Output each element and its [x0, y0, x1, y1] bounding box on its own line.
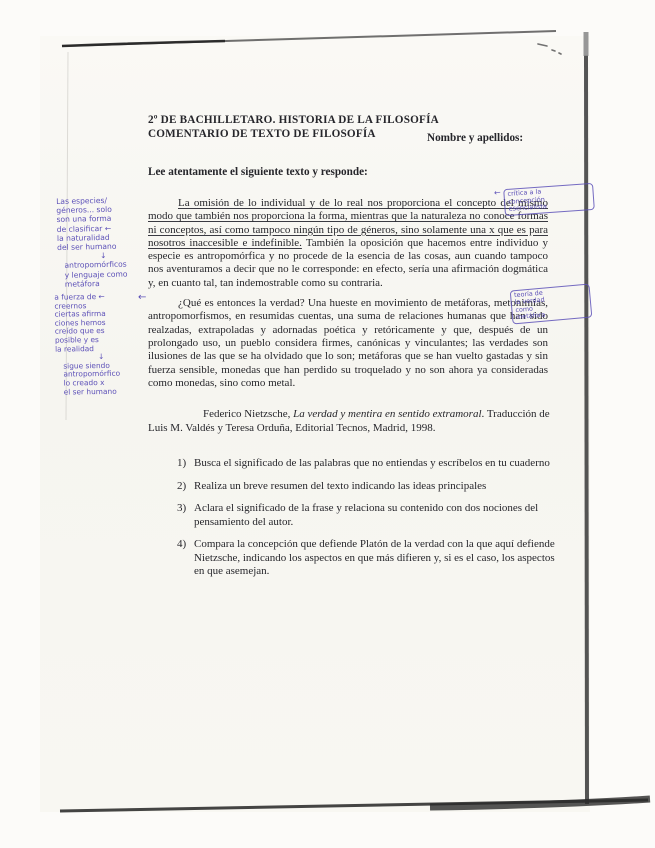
question-1: 1) Busca el significado de las palabras …: [177, 457, 557, 471]
margin-note-anthropomorphic-reality: a fuerza de ← creernos ciertas afirma ci…: [54, 292, 147, 396]
question-4-text: Compara la concepción que defiende Plató…: [194, 538, 557, 579]
scanned-exam-page: 2º DE BACHILLETARO. HISTORIA DE LA FILOS…: [0, 0, 655, 848]
citation-text: Federico Nietzsche, La verdad y mentira …: [148, 408, 550, 435]
margin-note-species-genres: Las especies/ géneros... solo son una fo…: [56, 195, 150, 289]
questions-list: 1) Busca el significado de las palabras …: [177, 457, 557, 588]
citation-block: Federico Nietzsche, La verdad y mentira …: [148, 408, 550, 435]
left-arrow-icon: ←: [493, 188, 501, 198]
note-line: metáfora: [65, 278, 150, 289]
boxed-note-truth-as-metaphor: teoría de la verdad como metáfora: [510, 284, 593, 324]
exam-title-line2: COMENTARIO DE TEXTO DE FILOSOFÍA: [148, 128, 376, 140]
left-arrow-icon: ←: [138, 292, 146, 303]
question-2-text: Realiza un breve resumen del texto indic…: [194, 480, 557, 494]
paragraph-1: La omisión de lo individual y de lo real…: [148, 197, 548, 290]
name-surname-label: Nombre y apellidos:: [427, 132, 523, 144]
question-1-number: 1): [177, 457, 194, 471]
question-3: 3) Aclara el significado de la frase y r…: [177, 502, 557, 529]
citation-work-title: La verdad y mentira en sentido extramora…: [293, 408, 481, 420]
question-2: 2) Realiza un breve resumen del texto in…: [177, 480, 557, 494]
instruction-line: Lee atentamente el siguiente texto y res…: [148, 166, 368, 178]
question-1-text: Busca el significado de las palabras que…: [194, 457, 557, 471]
question-3-text: Aclara el significado de la frase y rela…: [194, 502, 557, 529]
note-line: el ser humano: [64, 387, 148, 397]
question-4: 4) Compara la concepción que defiende Pl…: [177, 538, 557, 579]
question-2-number: 2): [177, 480, 194, 494]
exam-title-line1: 2º DE BACHILLETARO. HISTORIA DE LA FILOS…: [148, 114, 439, 126]
paragraph-2: ¿Qué es entonces la verdad? Una hueste e…: [148, 297, 548, 390]
citation-author: Federico Nietzsche,: [203, 408, 293, 420]
main-text-block: La omisión de lo individual y de lo real…: [148, 197, 548, 397]
question-3-number: 3): [177, 502, 194, 529]
question-4-number: 4): [177, 538, 194, 579]
